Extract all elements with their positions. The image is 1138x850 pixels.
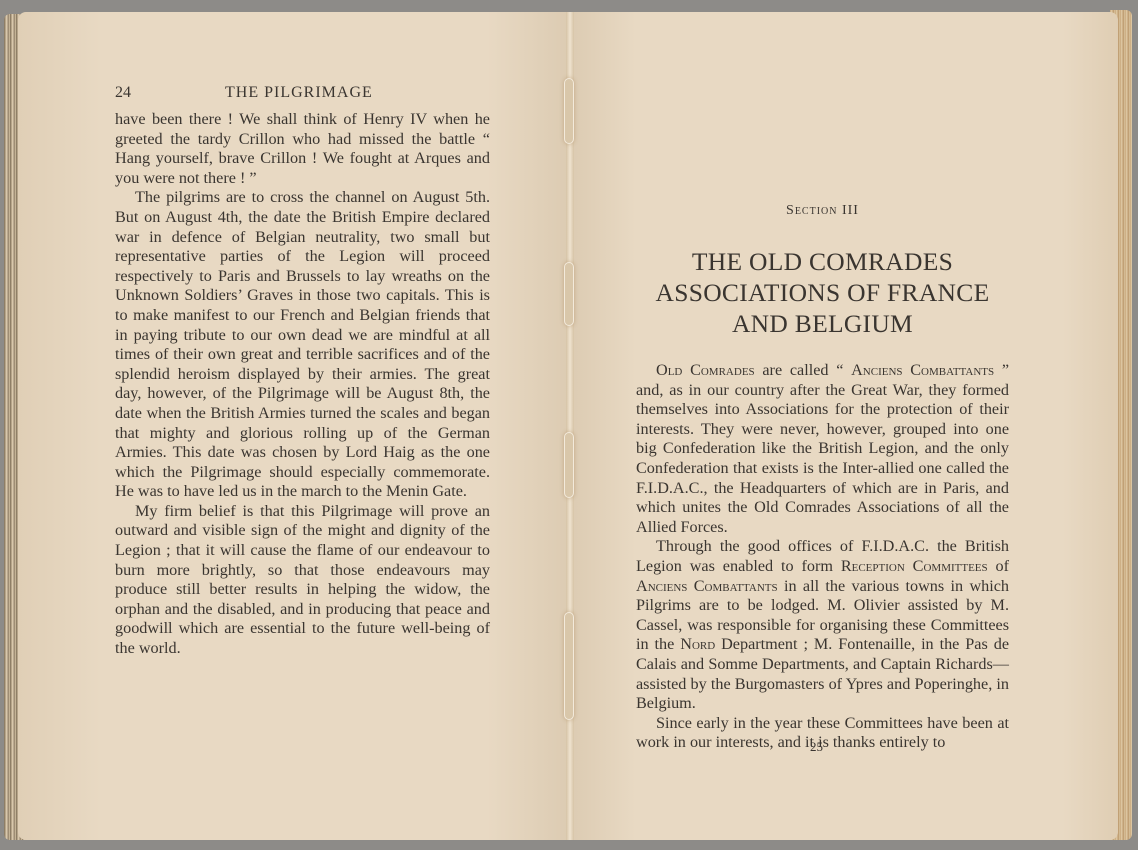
small-caps-text: Reception Committees: [841, 557, 988, 575]
small-caps-text: Old Comrades: [656, 361, 755, 379]
page-number-right: 25: [810, 739, 823, 755]
paragraph: have been there ! We shall think of Henr…: [115, 110, 490, 188]
running-title: THE PILGRIMAGE: [225, 84, 373, 102]
small-caps-text: Anciens Com­battants: [851, 361, 994, 379]
open-book: 24 THE PILGRIMAGE have been there ! We s…: [0, 0, 1138, 850]
chapter-title-line: THE OLD COMRADES: [630, 246, 1015, 277]
small-caps-text: Nord: [680, 635, 715, 653]
binding-stitch: [564, 612, 574, 720]
paragraph: My firm belief is that this Pilgrimage w…: [115, 502, 490, 659]
running-head: 24 THE PILGRIMAGE: [115, 84, 490, 106]
text-run: are called “: [755, 361, 851, 379]
chapter-title-line: ASSOCIATIONS OF FRANCE: [630, 277, 1015, 308]
paragraph: The pilgrims are to cross the channel on…: [115, 188, 490, 502]
binding-stitch: [564, 432, 574, 498]
paragraph: Old Comrades are called “ Anciens Com­ba…: [636, 361, 1009, 537]
chapter-title: THE OLD COMRADES ASSOCIATIONS OF FRANCE …: [630, 246, 1015, 339]
right-page-text: Old Comrades are called “ Anciens Com­ba…: [636, 361, 1009, 753]
page-number-left: 24: [115, 84, 131, 102]
binding-stitch: [564, 78, 574, 144]
text-run: of: [988, 557, 1009, 575]
section-label: Section III: [636, 203, 1009, 219]
text-run: ” and, as in our country after the Great…: [636, 361, 1009, 536]
binding-stitch: [564, 262, 574, 326]
small-caps-text: Anciens Combattants: [636, 577, 778, 595]
chapter-title-line: AND BELGIUM: [630, 308, 1015, 339]
paragraph: Through the good offices of F.I.D.A.C. t…: [636, 537, 1009, 713]
left-page-text: have been there ! We shall think of Henr…: [115, 110, 490, 659]
